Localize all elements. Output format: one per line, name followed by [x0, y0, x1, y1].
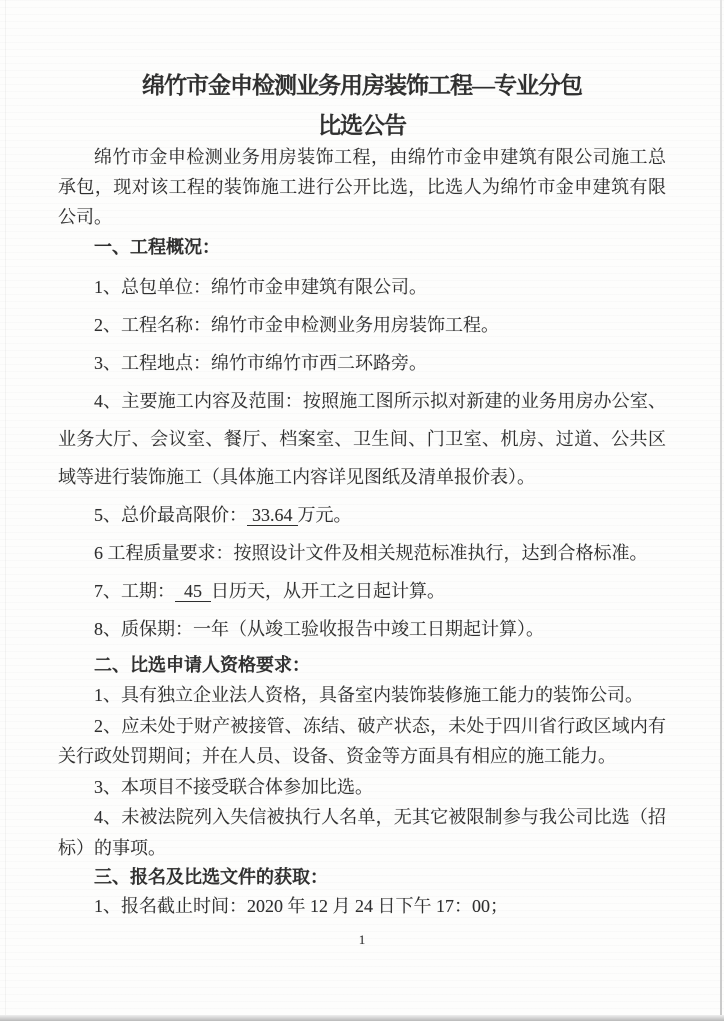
- section2-items: 1、具有独立企业法人资格，具备室内装饰装修施工能力的装饰公司。 2、应未处于财产…: [58, 680, 666, 863]
- s1-item7-prefix: 7、工期：: [94, 581, 175, 601]
- s1-item3: 3、工程地点：绵竹市绵竹市西二环路旁。: [58, 344, 666, 382]
- s1-item1: 1、总包单位：绵竹市金申建筑有限公司。: [58, 268, 666, 306]
- s2-item2: 2、应未处于财产被接管、冻结、破产状态，未处于四川省行政区域内有关行政处罚期间；…: [58, 711, 666, 772]
- s1-item2: 2、工程名称：绵竹市金申检测业务用房装饰工程。: [58, 306, 666, 344]
- s1-item7: 7、工期：45日历天，从开工之日起计算。: [58, 572, 666, 610]
- s1-item5-prefix: 5、总价最高限价：: [94, 505, 247, 525]
- s3-item1: 1、报名截止时间：2020 年 12 月 24 日下午 17：00；: [58, 891, 666, 921]
- s1-item6: 6 工程质量要求：按照设计文件及相关规范标准执行，达到合格标准。: [58, 534, 666, 572]
- scanned-document-page: 绵竹市金申检测业务用房装饰工程—专业分包 比选公告 绵竹市金申检测业务用房装饰工…: [0, 0, 724, 1021]
- s2-item4: 4、未被法院列入失信被执行人名单，无其它被限制参与我公司比选（招标）的事项。: [58, 802, 666, 863]
- scan-edge-right: [720, 0, 722, 1021]
- scan-edge-left: [5, 0, 6, 1021]
- max-price-value: 33.64: [247, 505, 298, 526]
- section3-heading: 三、报名及比选文件的获取：: [58, 863, 666, 891]
- section3-items: 1、报名截止时间：2020 年 12 月 24 日下午 17：00；: [58, 891, 666, 921]
- document-content: 绵竹市金申检测业务用房装饰工程—专业分包 比选公告 绵竹市金申检测业务用房装饰工…: [0, 0, 724, 921]
- s1-item5: 5、总价最高限价：33.64万元。: [58, 496, 666, 534]
- section2-heading: 二、比选申请人资格要求：: [58, 650, 666, 680]
- s1-item5-suffix: 万元。: [298, 505, 352, 525]
- doc-title-line2: 比选公告: [58, 110, 666, 142]
- s1-item7-suffix: 日历天，从开工之日起计算。: [211, 581, 445, 601]
- doc-title-line1: 绵竹市金申检测业务用房装饰工程—专业分包: [58, 70, 666, 102]
- page-number: 1: [0, 932, 724, 948]
- scan-edge-bottom: [0, 1015, 724, 1021]
- duration-value: 45: [175, 581, 211, 602]
- s2-item1: 1、具有独立企业法人资格，具备室内装饰装修施工能力的装饰公司。: [58, 680, 666, 711]
- s1-item8: 8、质保期：一年（从竣工验收报告中竣工日期起计算）。: [58, 610, 666, 648]
- s1-item4: 4、主要施工内容及范围：按照施工图所示拟对新建的业务用房办公室、业务大厅、会议室…: [58, 382, 666, 496]
- section1-items: 1、总包单位：绵竹市金申建筑有限公司。 2、工程名称：绵竹市金申检测业务用房装饰…: [58, 268, 666, 648]
- intro-paragraph: 绵竹市金申检测业务用房装饰工程，由绵竹市金申建筑有限公司施工总承包，现对该工程的…: [58, 142, 666, 232]
- section1-heading: 一、工程概况：: [58, 232, 666, 262]
- s2-item3: 3、本项目不接受联合体参加比选。: [58, 772, 666, 803]
